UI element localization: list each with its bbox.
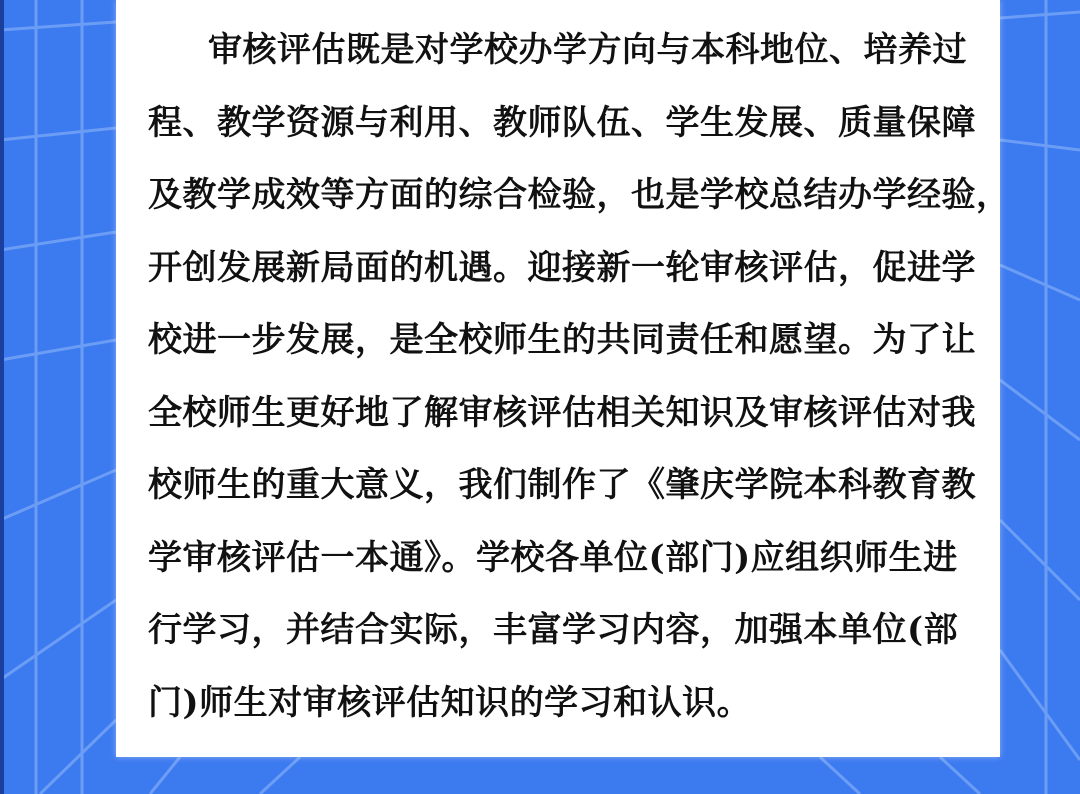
paragraph-line: 校进一步发展，是全校师生的共同责任和愿望。为了让	[148, 304, 978, 377]
paragraph-line: 全校师生更好地了解审核评估相关知识及审核评估对我	[148, 377, 978, 450]
paragraph-line: 校师生的重大意义，我们制作了《肇庆学院本科教育教	[148, 449, 978, 522]
paragraph-line: 门)师生对审核评估知识的学习和认识。	[148, 667, 978, 740]
paragraph-line: 行学习，并结合实际，丰富学习内容，加强本单位(部	[148, 594, 978, 667]
paragraph-line: 及教学成效等方面的综合检验，也是学校总结办学经验，	[148, 159, 978, 232]
paragraph-line: 开创发展新局面的机遇。迎接新一轮审核评估，促进学	[148, 232, 978, 305]
paragraph-line: 学审核评估一本通》。学校各单位(部门)应组织师生进	[148, 522, 978, 595]
left-edge-border	[0, 0, 4, 794]
body-paragraph: 审核评估既是对学校办学方向与本科地位、培养过 程、教学资源与利用、教师队伍、学生…	[148, 14, 978, 739]
content-card: 审核评估既是对学校办学方向与本科地位、培养过 程、教学资源与利用、教师队伍、学生…	[116, 0, 1000, 757]
paragraph-line: 审核评估既是对学校办学方向与本科地位、培养过	[148, 14, 978, 87]
paragraph-line: 程、教学资源与利用、教师队伍、学生发展、质量保障	[148, 87, 978, 160]
